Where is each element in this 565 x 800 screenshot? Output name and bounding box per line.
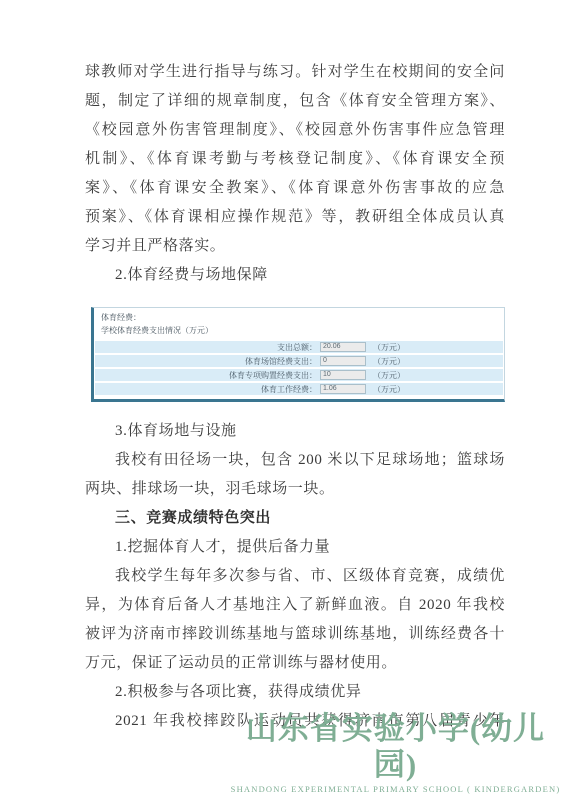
- text-line: 被评为济南市摔跤训练基地与篮球训练基地，训练经费各十: [85, 620, 505, 649]
- text-line: 我校有田径场一块，包含 200 米以下足球场地；篮球场: [85, 446, 505, 475]
- fund-form-row: 体育场馆经费支出：0（万元）: [95, 355, 503, 367]
- document-content: 球教师对学生进行指导与练习。针对学生在校期间的安全问题，制定了详细的规章制度，包…: [0, 0, 565, 736]
- fund-field-label: 支出总额：: [95, 342, 317, 353]
- text-line: 《校园意外伤害管理制度》、《校园意外伤害事件应急管理: [85, 116, 505, 145]
- fund-field-label: 体育工作经费：: [95, 384, 317, 395]
- school-logo-english-text: SHANDONG EXPERIMENTAL PRIMARY SCHOOL ( K…: [228, 784, 563, 794]
- fund-field-label: 体育专项购置经费支出：: [95, 370, 317, 381]
- text-line: 两块、排球场一块，羽毛球场一块。: [85, 475, 505, 504]
- text-line: 万元，保证了运动员的正常训练与器材使用。: [85, 649, 505, 678]
- text-line: 2.积极参与各项比赛，获得成绩优异: [85, 678, 505, 707]
- text-line: 预案》、《体育课相应操作规范》等，教研组全体成员认真: [85, 203, 505, 232]
- text-line: 学习并且严格落实。: [85, 232, 505, 261]
- text-line: 我校学生每年多次参与省、市、区级体育竞赛，成绩优: [85, 562, 505, 591]
- fund-field-input: 1.06: [320, 384, 366, 394]
- fund-form-row: 体育专项购置经费支出：10（万元）: [95, 369, 503, 381]
- fund-form-rows: 支出总额：20.06（万元）体育场馆经费支出：0（万元）体育专项购置经费支出：1…: [94, 341, 504, 399]
- fund-form-row: 支出总额：20.06（万元）: [95, 341, 503, 353]
- document-body-bottom: 3.体育场地与设施我校有田径场一块，包含 200 米以下足球场地；篮球场两块、排…: [85, 417, 505, 736]
- fund-form-subtitle: 学校体育经费支出情况（万元）: [101, 325, 497, 336]
- text-line: 机制》、《体育课考勤与考核登记制度》、《体育课安全预: [85, 145, 505, 174]
- school-logo-chinese-text: 山东省实验小学(幼儿园): [228, 711, 563, 783]
- fund-form-header: 体育经费： 学校体育经费支出情况（万元）: [94, 308, 504, 341]
- text-line: 异，为体育后备人才基地注入了新鲜血液。自 2020 年我校: [85, 591, 505, 620]
- fund-field-label: 体育场馆经费支出：: [95, 356, 317, 367]
- fund-field-input: 20.06: [320, 342, 366, 352]
- fund-field-unit: （万元）: [373, 384, 405, 395]
- text-line: 3.体育场地与设施: [85, 417, 505, 446]
- fund-field-unit: （万元）: [373, 356, 405, 367]
- document-body-top: 球教师对学生进行指导与练习。针对学生在校期间的安全问题，制定了详细的规章制度，包…: [85, 58, 505, 290]
- school-logo: 山东省实验小学(幼儿园) SHANDONG EXPERIMENTAL PRIMA…: [228, 711, 563, 794]
- sports-fund-form-screenshot: 体育经费： 学校体育经费支出情况（万元） 支出总额：20.06（万元）体育场馆经…: [91, 307, 505, 402]
- text-line: 球教师对学生进行指导与练习。针对学生在校期间的安全问: [85, 58, 505, 87]
- fund-field-unit: （万元）: [373, 342, 405, 353]
- text-line: 2.体育经费与场地保障: [85, 261, 505, 290]
- fund-field-input: 0: [320, 356, 366, 366]
- text-line: 1.挖掘体育人才，提供后备力量: [85, 533, 505, 562]
- text-line: 案》、《体育课安全教案》、《体育课意外伤害事故的应急: [85, 174, 505, 203]
- document-page: 球教师对学生进行指导与练习。针对学生在校期间的安全问题，制定了详细的规章制度，包…: [0, 0, 565, 800]
- text-line: 题，制定了详细的规章制度，包含《体育安全管理方案》、: [85, 87, 505, 116]
- fund-form-row: 体育工作经费：1.06（万元）: [95, 383, 503, 395]
- text-line: 三、竞赛成绩特色突出: [85, 504, 505, 533]
- fund-form-title: 体育经费：: [101, 312, 497, 323]
- fund-field-unit: （万元）: [373, 370, 405, 381]
- fund-field-input: 10: [320, 370, 366, 380]
